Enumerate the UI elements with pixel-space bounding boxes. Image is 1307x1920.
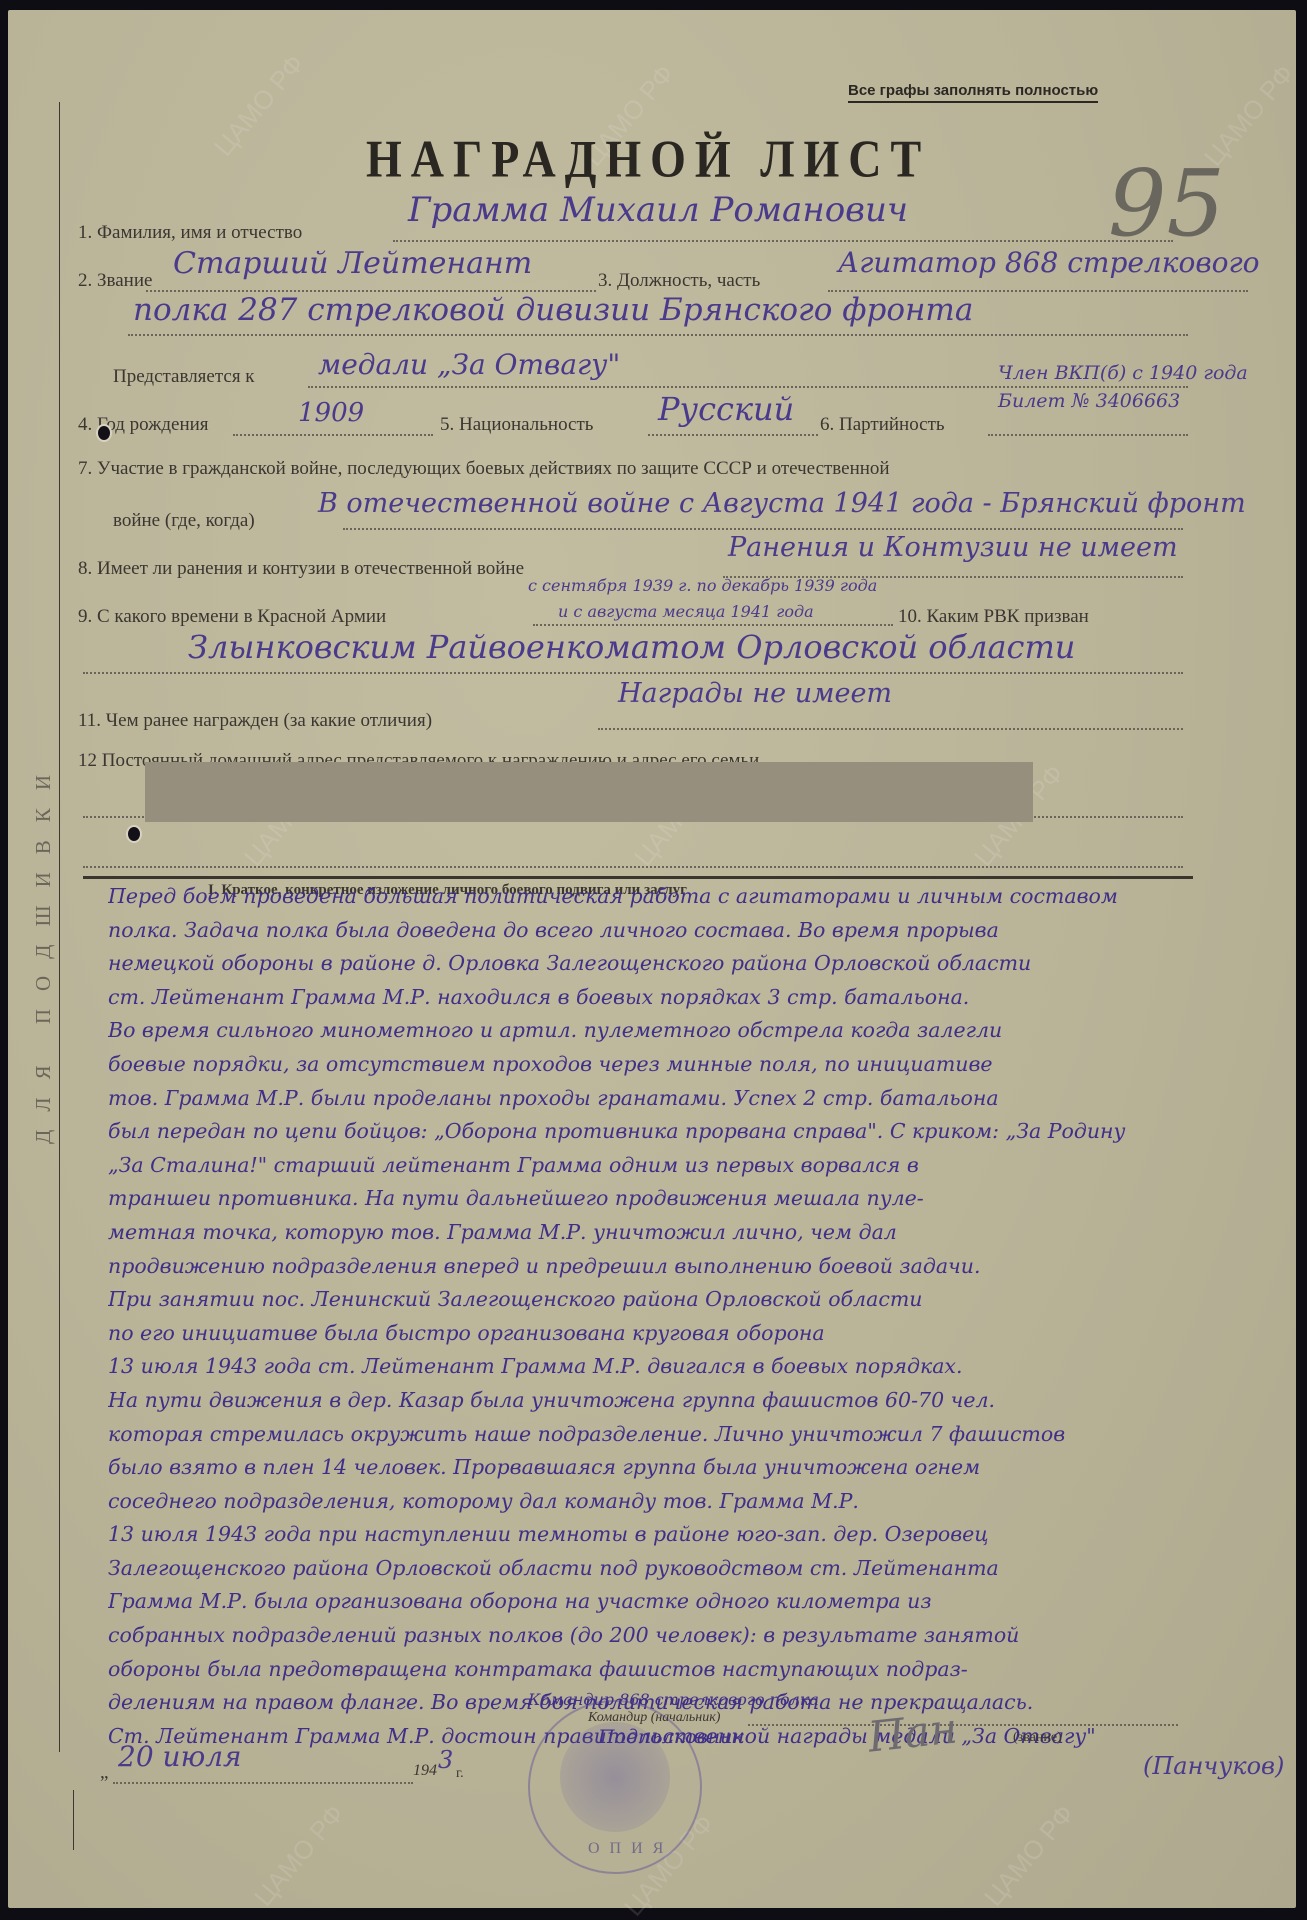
merit-line: Грамма М.Р. была организована оборона на… (108, 1585, 1288, 1619)
award-sheet: ДЛЯ ПОДШИВКИ ЦАМО РФ ЦАМО РФ ЦАМО РФ ЦАМ… (8, 10, 1296, 1908)
merit-line: продвижению подразделения вперед и предр… (108, 1250, 1288, 1284)
field-9-label: 9. С какого времени в Красной Армии (78, 606, 386, 628)
merit-line: Во время сильного минометного и артил. п… (108, 1014, 1288, 1048)
merit-line: ст. Лейтенант Грамма М.Р. находился в бо… (108, 981, 1288, 1015)
merit-line: Перед боем проведена большая политическа… (108, 880, 1288, 914)
merit-line: Залегощенского района Орловской области … (108, 1552, 1288, 1586)
signer-name: (Панчуков) (1143, 1752, 1284, 1780)
merit-line: которая стремилась окружить наше подразд… (108, 1418, 1288, 1452)
merit-line: немецкой обороны в районе д. Орловка Зал… (108, 947, 1288, 981)
field-6-value-line1: Член ВКП(б) с 1940 года (998, 362, 1248, 384)
section-divider (83, 876, 1193, 879)
margin-rule-bottom (73, 1790, 74, 1850)
merit-line: тов. Грамма М.Р. были проделаны проходы … (108, 1082, 1288, 1116)
merit-line: метная точка, которую тов. Грамма М.Р. у… (108, 1216, 1288, 1250)
field-3-value-line1: Агитатор 868 стрелкового (838, 246, 1260, 279)
field-2-value: Старший Лейтенант (173, 246, 532, 281)
merit-line: На пути движения в дер. Казар была уничт… (108, 1384, 1288, 1418)
side-label-text: ДЛЯ ПОДШИВКИ (31, 757, 56, 1144)
merit-description: Перед боем проведена большая политическа… (108, 880, 1288, 1753)
field-9-line (533, 624, 893, 626)
field-5-line (648, 434, 818, 436)
field-10-label: 10. Каким РВК призван (898, 606, 1089, 628)
side-label-binding: ДЛЯ ПОДШИВКИ (28, 710, 58, 1190)
field-12-line-2 (83, 866, 1183, 868)
punch-hole (98, 426, 110, 440)
date-quote-mark: „ (100, 1762, 108, 1784)
field-6-line (988, 434, 1188, 436)
page-title: НАГРАДНОЙ ЛИСТ (366, 128, 930, 189)
merit-line: „За Сталина!" старший лейтенант Грамма о… (108, 1149, 1288, 1183)
punch-hole (128, 827, 140, 841)
field-7-label-line1: 7. Участие в гражданской войне, последую… (78, 458, 890, 480)
watermark: ЦАМО РФ (978, 1799, 1080, 1913)
date-year-unit: г. (456, 1766, 464, 1782)
merit-line: полка. Задача полка была доведена до все… (108, 914, 1288, 948)
field-7-value: В отечественной войне с Августа 1941 год… (318, 488, 1246, 519)
field-1-value: Грамма Михаил Романович (408, 190, 908, 230)
date-year-prefix: 194 (413, 1762, 437, 1780)
field-10-line (83, 672, 1183, 674)
merit-line: боевые порядки, за отсутствием проходов … (108, 1048, 1288, 1082)
merit-line: собранных подразделений разных полков (д… (108, 1619, 1288, 1653)
merit-line: При занятии пос. Ленинский Залегощенског… (108, 1283, 1288, 1317)
field-3-value-line2: полка 287 стрелковой дивизии Брянского ф… (133, 292, 973, 328)
redacted-address (145, 762, 1033, 822)
commander-unit: Командир 868 стрелкового полка (528, 1690, 819, 1709)
merit-line: 13 июля 1943 года ст. Лейтенант Грамма М… (108, 1350, 1288, 1384)
field-11-label: 11. Чем ранее награжден (за какие отличи… (78, 710, 432, 732)
field-11-value: Награды не имеет (618, 678, 892, 709)
field-3-line-2 (128, 334, 1188, 336)
field-8-label: 8. Имеет ли ранения и контузии в отечест… (78, 558, 524, 580)
field-3-label: 3. Должность, часть (598, 270, 760, 292)
merit-line: 13 июля 1943 года при наступлении темнот… (108, 1518, 1288, 1552)
watermark: ЦАМО РФ (248, 1799, 350, 1913)
merit-line: по его инициативе была быстро организова… (108, 1317, 1288, 1351)
field-1-line (393, 240, 1173, 242)
field-11-line (598, 728, 1183, 730)
merit-line: обороны была предотвращена контратака фа… (108, 1653, 1288, 1687)
header-note: Все графы заполнять полностью (848, 82, 1098, 103)
date-day-month: 20 июля (118, 1740, 242, 1773)
nominated-value: медали „За Отвагу" (318, 348, 620, 381)
field-6-value-line2: Билет № 3406663 (998, 390, 1180, 412)
field-8-value: Ранения и Контузии не имеет (728, 532, 1178, 563)
field-9-value-line2: и с августа месяца 1941 года (558, 602, 814, 621)
field-7-label-line2: войне (где, когда) (113, 510, 255, 532)
commander-signature: Пан (866, 1703, 960, 1761)
field-6-label: 6. Партийность (820, 414, 945, 436)
field-4-value: 1909 (298, 398, 364, 428)
merit-line: соседнего подразделения, которому дал ко… (108, 1485, 1288, 1519)
field-1-label: 1. Фамилия, имя и отчество (78, 222, 302, 244)
nominated-label: Представляется к (113, 366, 255, 388)
margin-rule (59, 102, 60, 1752)
stamp-text: ОПИЯ (588, 1840, 673, 1858)
nominated-line (308, 386, 1188, 388)
date-line (113, 1782, 413, 1784)
field-4-line (233, 434, 433, 436)
merit-line: был передан по цепи бойцов: „Оборона про… (108, 1115, 1288, 1149)
field-2-label: 2. Звание (78, 270, 152, 292)
commander-label: Командир (начальник) (588, 1710, 720, 1726)
merit-line: было взято в плен 14 человек. Прорвавшая… (108, 1451, 1288, 1485)
field-5-label: 5. Национальность (440, 414, 593, 436)
field-5-value: Русский (658, 390, 794, 428)
merit-line: траншеи противника. На пути дальнейшего … (108, 1182, 1288, 1216)
watermark: ЦАМО РФ (208, 49, 310, 163)
field-9-value-line1: с сентября 1939 г. по декабрь 1939 года (528, 576, 877, 595)
commander-rank: Подполковник (598, 1726, 744, 1748)
date-year-suffix: 3 (438, 1746, 453, 1774)
commander-line (748, 1724, 1178, 1726)
rank-label: (звание) (1013, 1730, 1062, 1746)
field-7-line (343, 528, 1183, 530)
field-10-value: Злынковским Райвоенкоматом Орловской обл… (188, 628, 1075, 666)
